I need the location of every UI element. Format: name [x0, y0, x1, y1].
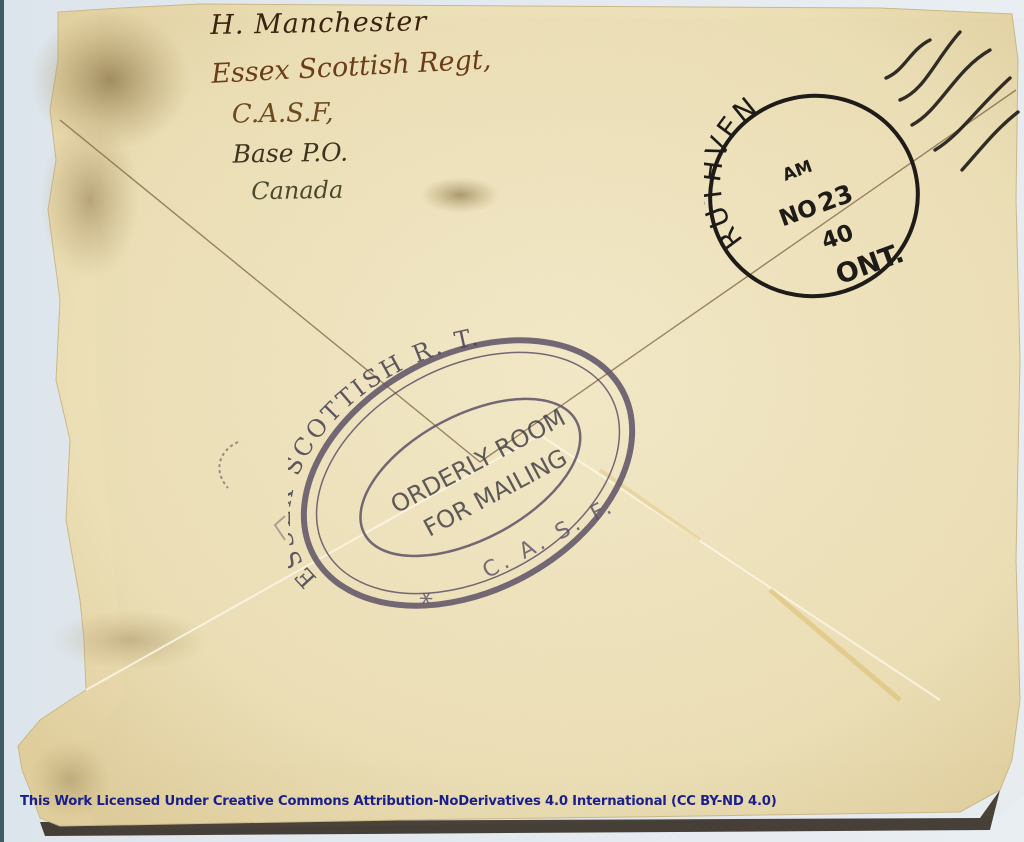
regimental-oval-stamp: ESSEX SCOTTISH R. T. ORDERLY ROOM FOR MA…: [288, 328, 648, 618]
license-notice: This Work Licensed Under Creative Common…: [20, 794, 777, 809]
postmark-year: 40: [818, 220, 857, 255]
ruthven-postmark: RUTHVEN AM NO 23 40 ONT.: [704, 90, 920, 302]
postmark-month: NO: [776, 195, 821, 233]
stamp-bottom-text: C. A. S. F.: [479, 493, 620, 584]
return-address-force: C.A.S.F,: [232, 100, 334, 128]
svg-text:RUTHVEN: RUTHVEN: [704, 90, 765, 256]
return-address-name: H. Manchester: [210, 8, 427, 39]
return-address-post-office: Base P.O.: [232, 140, 348, 167]
postmark-time: AM: [780, 157, 815, 186]
return-address-country: Canada: [251, 178, 344, 204]
postmark-town: RUTHVEN: [704, 90, 765, 256]
postmark-day: 23: [814, 179, 857, 218]
